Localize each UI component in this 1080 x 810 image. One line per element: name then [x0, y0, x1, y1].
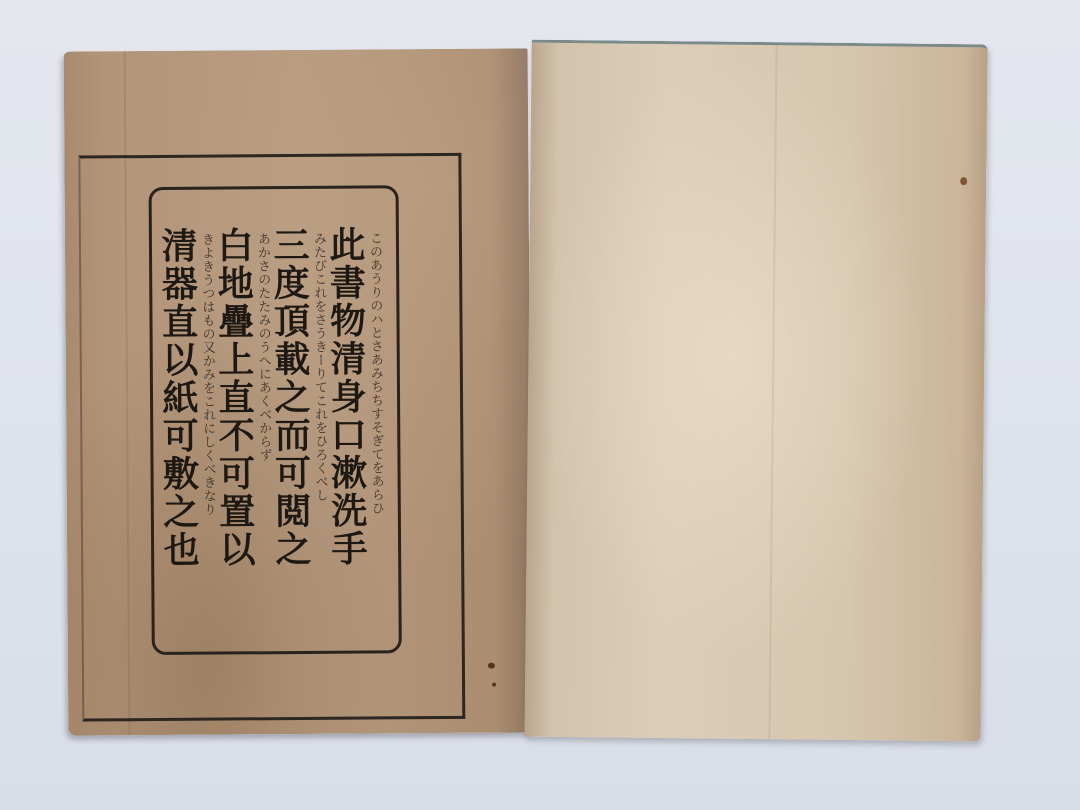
left-page: このあうりのハとさあみちちすそぎてをあらひ 此書物清身口漱洗手 みたびこれをさう…: [64, 48, 533, 735]
text-column-4: きよきうつはもの又かみをこれにしくべきなり 清器直以紙可敷之也: [157, 227, 216, 627]
furigana: このあうりのハとさあみちちすそぎてをあらひ: [367, 225, 384, 625]
right-page: [524, 40, 987, 742]
foxing-spot: [960, 177, 967, 185]
ink-spot: [488, 663, 495, 669]
text-column-1: このあうりのハとさあみちちすそぎてをあらひ 此書物清身口漱洗手: [325, 225, 384, 625]
vertical-text-block: このあうりのハとさあみちちすそぎてをあらひ 此書物清身口漱洗手 みたびこれをさう…: [165, 225, 384, 626]
text-column-3: あかさのたたみのうへにあくべからず 白地疊上直不可置以: [213, 226, 272, 626]
text-column-2: みたびこれをさうきーりてこれをひろくべし 三度頂載之而可閲之: [269, 226, 328, 626]
kanji-line: 三度頂載之而可閲之: [269, 226, 312, 626]
open-book: このあうりのハとさあみちちすそぎてをあらひ 此書物清身口漱洗手 みたびこれをさう…: [0, 0, 1080, 810]
paper-crease: [768, 45, 777, 739]
kanji-line: 白地疊上直不可置以: [213, 226, 256, 626]
kanji-line: 清器直以紙可敷之也: [157, 227, 200, 627]
kanji-line: 此書物清身口漱洗手: [325, 226, 368, 626]
ink-spot: [492, 683, 496, 687]
